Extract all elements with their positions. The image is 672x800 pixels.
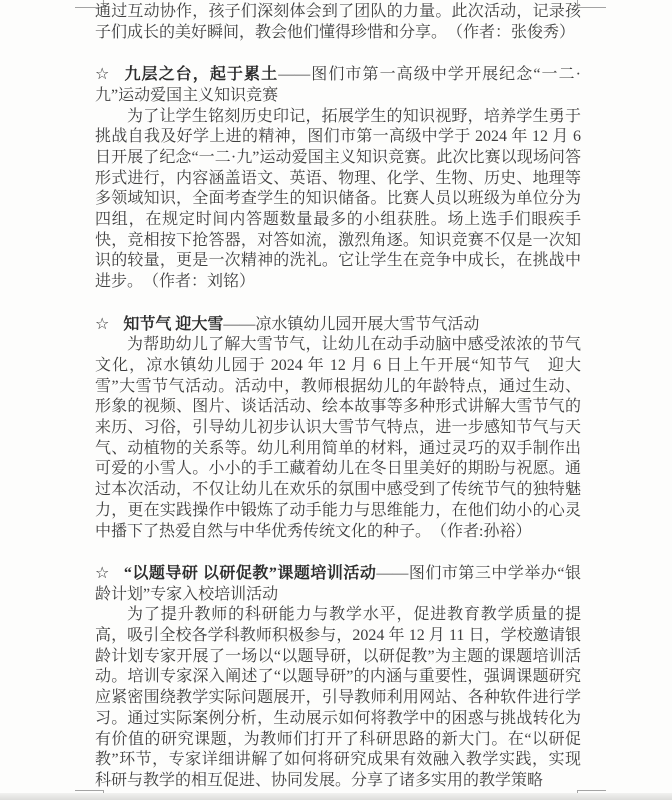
article-title-bold: “以题导研 以研促教”课题培训活动 (124, 565, 377, 582)
article-body: 为帮助幼儿了解大雪节气，让幼儿在动手动脑中感受浓浓的节气文化，凉水镇幼儿园于 2… (95, 335, 581, 542)
document-page: 通过互动协作，孩子们深刻体会到了团队的力量。此次活动，记录孩子们成长的美好瞬间，… (0, 0, 672, 800)
article-teacher-training: ☆“以题导研 以研促教”课题培训活动——图们市第三中学举办“银龄计划”专家入校培… (95, 563, 581, 792)
article-body: 为了提升教师的科研能力与教学水平，促进教育教学质量的提高，吸引全校各学科教师积极… (95, 605, 581, 791)
star-bullet-icon: ☆ (95, 563, 110, 582)
article-knowledge-contest: ☆九层之台，起于累土——图们市第一高级中学开展纪念“一二·九”运动爱国主义知识竞… (95, 64, 581, 293)
article-heading: ☆知节气 迎大雪——凉水镇幼儿园开展大雪节气活动 (95, 314, 581, 336)
article-solar-term: ☆知节气 迎大雪——凉水镇幼儿园开展大雪节气活动 为帮助幼儿了解大雪节气，让幼儿… (95, 314, 581, 543)
star-bullet-icon: ☆ (95, 64, 110, 83)
article-title-rest: ——凉水镇幼儿园开展大雪节气活动 (223, 316, 479, 333)
page-text-area: 通过互动协作，孩子们深刻体会到了团队的力量。此次活动，记录孩子们成长的美好瞬间，… (95, 2, 581, 792)
article-heading: ☆“以题导研 以研促教”课题培训活动——图们市第三中学举办“银龄计划”专家入校培… (95, 563, 581, 605)
article-title-bold: 九层之台，起于累土 (124, 66, 278, 83)
text-boundary-mark-top-right (577, 0, 606, 8)
article-body: 为了让学生铭刻历史印记，拓展学生的知识视野，培养学生勇于挑战自我及好学上进的精神… (95, 107, 581, 293)
page-bottom-margin-edge (0, 793, 672, 800)
star-bullet-icon: ☆ (95, 314, 109, 333)
article-heading: ☆九层之台，起于累土——图们市第一高级中学开展纪念“一二·九”运动爱国主义知识竞… (95, 64, 581, 106)
paragraph-continuation: 通过互动协作，孩子们深刻体会到了团队的力量。此次活动，记录孩子们成长的美好瞬间，… (95, 2, 581, 43)
article-title-bold: 知节气 迎大雪 (123, 316, 223, 333)
